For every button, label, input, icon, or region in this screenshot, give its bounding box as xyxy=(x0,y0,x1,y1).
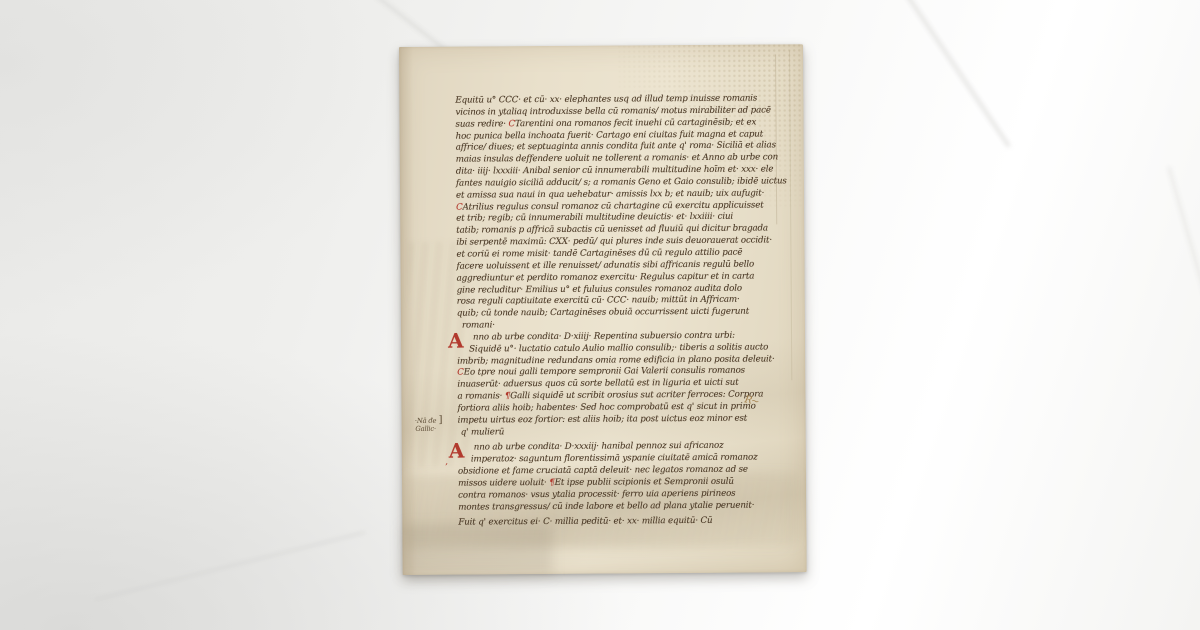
manuscript-line: impetu uirtus eoz fortior: est aliis hoi… xyxy=(458,413,776,427)
ink-text: imperatoz· saguntum florentissimā yspani… xyxy=(471,453,758,465)
ink-text: contra romanos· vsus ytalia processit· f… xyxy=(458,489,735,501)
ink-text: suas redire· xyxy=(456,119,509,129)
ink-text: impetu uirtus eoz fortior: est aliis hoi… xyxy=(458,413,748,425)
ink-text: obsidione et fame cruciatā captā deleuit… xyxy=(458,465,748,477)
ink-text: Galli siquidē ut scribit orosius sut acr… xyxy=(510,390,763,402)
ink-text: nno ab urbe condita· D·xxxiij· hanibal p… xyxy=(474,441,724,453)
ink-text: gine recluditur· Emilius u° et fuluius c… xyxy=(457,283,742,295)
margin-note-line2: Gallic· xyxy=(406,425,446,433)
ink-text: aggrediuntur et perdito romanoz exercitu… xyxy=(457,271,755,283)
margin-red-mark: ’ xyxy=(445,463,448,473)
margin-note-bracket: ] xyxy=(439,417,443,425)
ink-text: a romanis· xyxy=(457,391,505,401)
ink-text: maias insulas deffendere uoluit ne tolle… xyxy=(456,153,778,165)
ink-text: Equitū u° CCC· et cū· xx· elephantes usq… xyxy=(455,94,757,106)
ink-text: q' mulierū xyxy=(461,427,505,437)
ink-text: Siquidē u°· luctatio catulo Aulio mallio… xyxy=(469,342,768,354)
ink-text: montes transgressus/ cū inde labore et b… xyxy=(458,500,754,512)
manuscript-postcard: Equitū u° CCC· et cū· xx· elephantes usq… xyxy=(399,44,807,575)
manuscript-line: Fuit q' exercitus ei· C· millia peditū· … xyxy=(458,515,776,529)
ink-text: Atrilius regulus consul romanoz cū chart… xyxy=(463,200,764,212)
ink-text: Et ipse publii scipionis et Sempronii os… xyxy=(555,477,734,488)
ink-text: nno ab urbe condita· D·xiiij· Repentina … xyxy=(473,331,735,343)
ink-text: fortiora aliis hoib; habentes· Sed hoc c… xyxy=(457,401,755,413)
ink-text: rosa reguli captiuitate exercitū cū· CCC… xyxy=(457,295,740,307)
ink-text: romani· xyxy=(462,320,495,330)
ink-text: vicinos in ytaliaq introduxisse bella cū… xyxy=(455,105,770,117)
ink-text: missos uidere uoluit· xyxy=(458,478,549,489)
ink-text: Tarentini ona romanos fecit inuehi cū ca… xyxy=(515,117,756,129)
ink-text: Fuit q' exercitus ei· C· millia peditū· … xyxy=(458,515,712,527)
manuscript-line: q' mulierū xyxy=(458,425,776,439)
parchment-stain xyxy=(402,524,552,577)
marble-vein xyxy=(879,0,1010,148)
ink-text: ibi serpentē maximū: CXX· pedū/ qui plur… xyxy=(456,236,772,248)
ink-text: dita· iiij· lxxxiii· Anibal senior cū in… xyxy=(456,164,774,176)
manuscript-text-block: Equitū u° CCC· et cū· xx· elephantes usq… xyxy=(455,93,776,529)
red-drop-cap-initial: A xyxy=(448,330,464,350)
ink-text: et trib; regib; cū innumerabili multitud… xyxy=(456,212,733,224)
ink-text: affrice/ diues; et septuaginta annis con… xyxy=(456,141,776,153)
manuscript-line: montes transgressus/ cū inde labore et b… xyxy=(458,500,776,514)
marble-vein xyxy=(1168,167,1200,456)
ink-text: tatib; romanis p affricā subactis cū uen… xyxy=(456,224,768,236)
manuscript-line: quib; cū tonde nauib; Cartaginēses obuiā… xyxy=(457,307,775,321)
ink-text: imbrib; magnitudine redundans omia rome … xyxy=(457,354,774,366)
manuscript-line: Anno ab urbe condita· D·xiiij· Repentina… xyxy=(457,330,775,344)
margin-note-gallic: ·Nā đe Gallic· ] xyxy=(406,417,446,433)
marble-background: Equitū u° CCC· et cū· xx· elephantes usq… xyxy=(0,0,1200,630)
ink-text: quib; cū tonde nauib; Cartaginēses obuiā… xyxy=(457,307,749,319)
ink-text: facere uoluissent et ille renuisset/ adu… xyxy=(456,259,754,271)
ink-text: fantes nauigio siciliā adducit/ s; a rom… xyxy=(456,176,787,188)
red-drop-cap-initial: A xyxy=(449,441,465,461)
ink-text: Eo tpre noui galli tempore sempronii Gai… xyxy=(464,366,745,378)
ink-text: inuaserūt· aduersus quos cū sorte bellat… xyxy=(457,378,738,390)
manuscript-line: Anno ab urbe condita· D·xxxiij· hanibal … xyxy=(458,441,776,455)
ink-text: et coriū ei rome misit· tandē Cartaginēs… xyxy=(456,248,742,260)
ink-text: hoc punica bella inchoata fuerit· Cartag… xyxy=(456,129,764,141)
marble-vein xyxy=(94,531,366,601)
ink-text: et amissa sua naui in qua uehebatur· ami… xyxy=(456,188,764,200)
parchment-edge-shading xyxy=(399,47,417,575)
